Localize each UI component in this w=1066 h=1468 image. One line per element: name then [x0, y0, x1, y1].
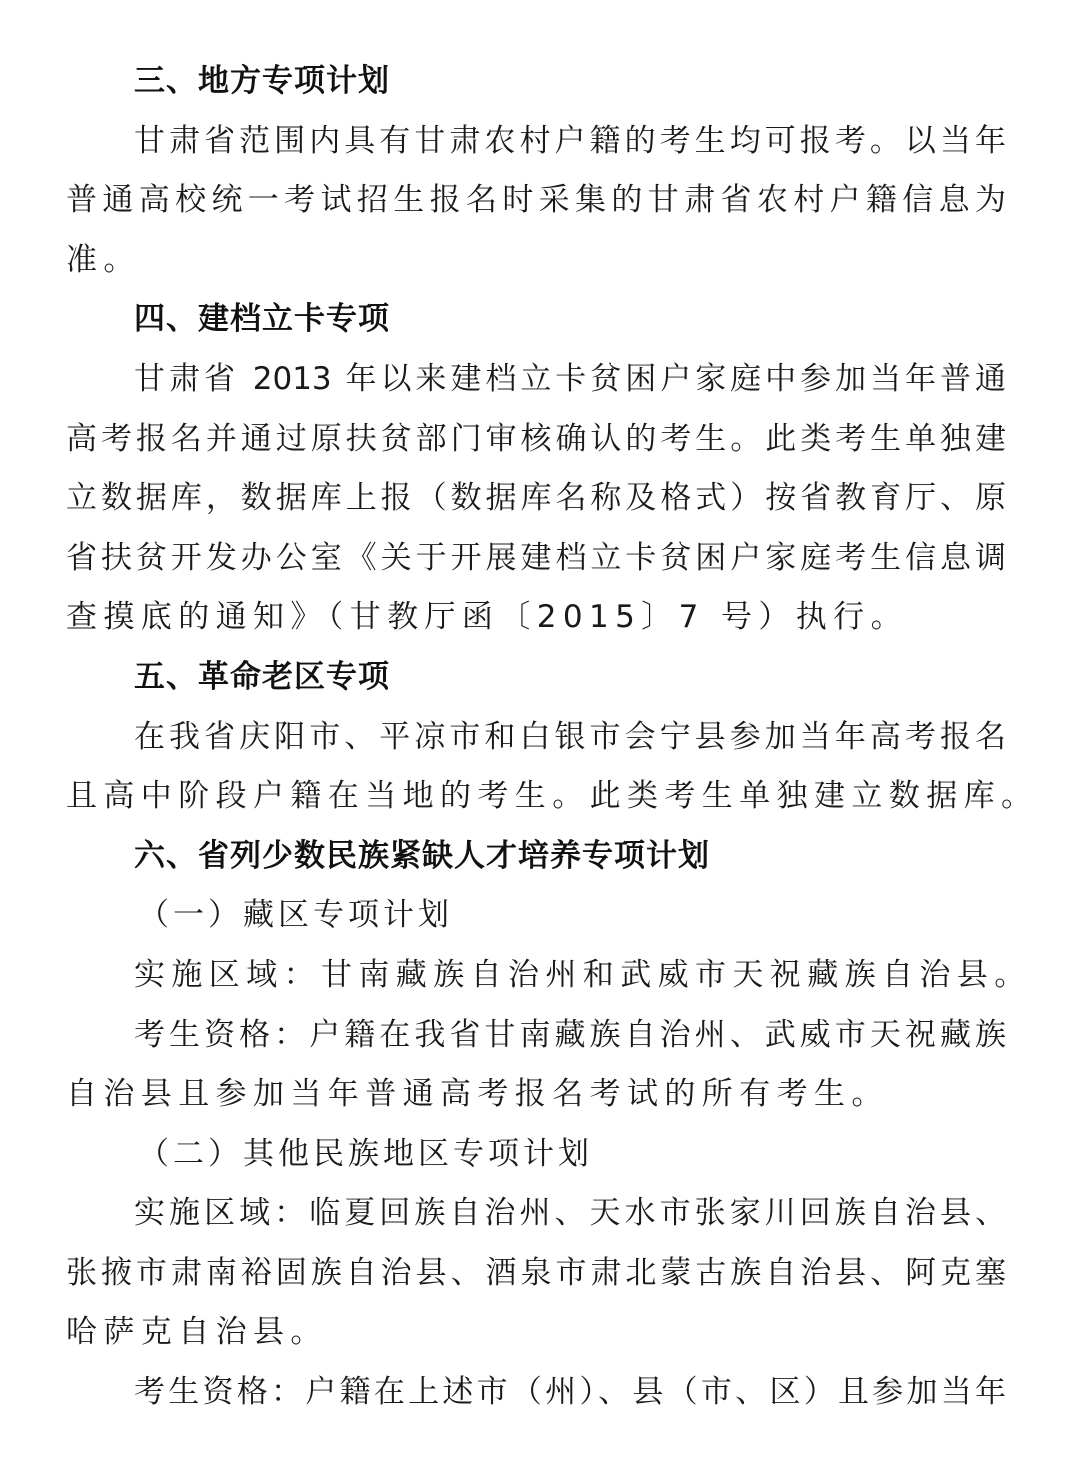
section-heading: 四、建档立卡专项: [66, 290, 1006, 350]
section-heading: 六、省列少数民族紧缺人才培养专项计划: [66, 827, 1006, 887]
paragraph-line: 普通高校统一考试招生报名时采集的甘肃省农村户籍信息为: [66, 171, 1006, 231]
paragraph-line: 且高中阶段户籍在当地的考生。此类考生单独建立数据库。: [66, 767, 1006, 827]
paragraph-line: 哈萨克自治县。: [66, 1303, 1006, 1363]
paragraph-line: 甘肃省 2013 年以来建档立卡贫困户家庭中参加当年普通: [66, 350, 1006, 410]
section-heading: 五、革命老区专项: [66, 648, 1006, 708]
paragraph-line: 实施区域：临夏回族自治州、天水市张家川回族自治县、: [66, 1184, 1006, 1244]
paragraph-line: 在我省庆阳市、平凉市和白银市会宁县参加当年高考报名: [66, 708, 1006, 768]
paragraph-line: 高考报名并通过原扶贫部门审核确认的考生。此类考生单独建: [66, 410, 1006, 470]
paragraph-line: 考生资格：户籍在上述市（州）、县（市、区）且参加当年: [66, 1363, 1006, 1423]
paragraph-line: 考生资格：户籍在我省甘南藏族自治州、武威市天祝藏族: [66, 1006, 1006, 1066]
paragraph-line: 立数据库，数据库上报（数据库名称及格式）按省教育厅、原: [66, 469, 1006, 529]
subsection-heading: （一）藏区专项计划: [66, 886, 1006, 946]
paragraph-line: 准。: [66, 231, 1006, 291]
paragraph-line: 自治县且参加当年普通高考报名考试的所有考生。: [66, 1065, 1006, 1125]
paragraph-line: 查摸底的通知》（甘教厅函〔2015〕7 号）执行。: [66, 588, 1006, 648]
paragraph-line: 张掖市肃南裕固族自治县、酒泉市肃北蒙古族自治县、阿克塞: [66, 1244, 1006, 1304]
section-heading: 三、地方专项计划: [66, 52, 1006, 112]
subsection-heading: （二）其他民族地区专项计划: [66, 1125, 1006, 1185]
paragraph-line: 甘肃省范围内具有甘肃农村户籍的考生均可报考。以当年: [66, 112, 1006, 172]
paragraph-line: 省扶贫开发办公室《关于开展建档立卡贫困户家庭考生信息调: [66, 529, 1006, 589]
paragraph-line: 实施区域：甘南藏族自治州和武威市天祝藏族自治县。: [66, 946, 1006, 1006]
document-page: 三、地方专项计划 甘肃省范围内具有甘肃农村户籍的考生均可报考。以当年 普通高校统…: [66, 52, 1006, 1423]
